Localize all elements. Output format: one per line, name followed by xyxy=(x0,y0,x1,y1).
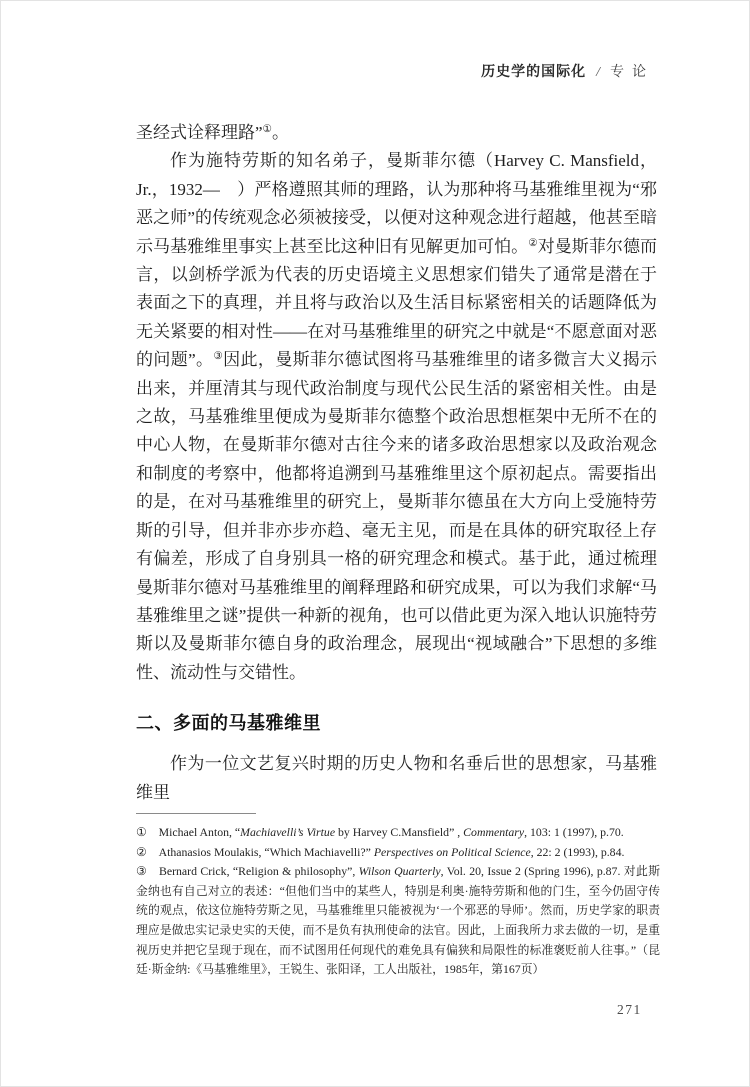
footnote-block: ①Michael Anton, “Machiavelli’s Virtue by… xyxy=(136,813,660,980)
text-run: 因此，曼斯菲尔德试图将马基雅维里的诸多微言大义揭示出来，并厘清其与现代政治制度与… xyxy=(136,350,657,681)
body-paragraph: 圣经式诠释理路”①。 xyxy=(136,119,657,147)
footnote-marker: ③ xyxy=(136,864,147,878)
footnote-item: ③Bernard Crick, “Religion & philosophy”,… xyxy=(136,862,660,980)
article-body: 圣经式诠释理路”①。作为施特劳斯的知名弟子，曼斯菲尔德（Harvey C. Ma… xyxy=(136,119,657,807)
running-header: 历史学的国际化/专论 xyxy=(481,61,654,81)
text-run: Michael Anton, “ xyxy=(159,825,241,839)
body-paragraph: 作为一位文艺复兴时期的历史人物和名垂后世的思想家，马基雅维里 xyxy=(136,750,657,807)
text-run: , 22: 2 (1993), p.84. xyxy=(531,845,625,859)
footnote-reference-marker: ③ xyxy=(213,351,223,362)
text-run: 。 xyxy=(272,123,289,142)
section-heading: 二、多面的马基雅维里 xyxy=(136,709,657,737)
text-run: Wilson Quarterly xyxy=(359,864,441,878)
body-paragraph-list: 圣经式诠释理路”①。作为施特劳斯的知名弟子，曼斯菲尔德（Harvey C. Ma… xyxy=(136,119,657,687)
footnote-item: ②Athanasios Moulakis, “Which Machiavelli… xyxy=(136,843,660,863)
text-run: , Vol. 20, Issue 2 (Spring 1996), p.87. … xyxy=(136,864,660,976)
header-separator-slash: / xyxy=(596,65,600,80)
text-run: 圣经式诠释理路” xyxy=(136,123,263,142)
footnote-item: ①Michael Anton, “Machiavelli’s Virtue by… xyxy=(136,823,660,843)
text-run: Perspectives on Political Science xyxy=(374,845,531,859)
footnote-text: ③Bernard Crick, “Religion & philosophy”,… xyxy=(136,862,660,980)
page-number: 271 xyxy=(617,1002,642,1018)
header-section-title: 历史学的国际化 xyxy=(481,65,586,80)
text-run: Bernard Crick, “Religion & philosophy”, xyxy=(159,864,359,878)
footnote-marker: ② xyxy=(136,845,147,859)
body-paragraph: 作为施特劳斯的知名弟子，曼斯菲尔德（Harvey C. Mansfield，Jr… xyxy=(136,147,657,687)
text-run: Athanasios Moulakis, “Which Machiavelli?… xyxy=(159,845,374,859)
footnote-list: ①Michael Anton, “Machiavelli’s Virtue by… xyxy=(136,823,660,980)
text-run: , 103: 1 (1997), p.70. xyxy=(524,825,624,839)
document-page: 历史学的国际化/专论 圣经式诠释理路”①。作为施特劳斯的知名弟子，曼斯菲尔德（H… xyxy=(0,0,750,1087)
header-column-title: 专论 xyxy=(610,65,654,80)
text-run: Machiavelli’s Virtue xyxy=(240,825,335,839)
text-run: Commentary xyxy=(463,825,524,839)
footnote-reference-marker: ② xyxy=(528,238,537,249)
footnote-text: ①Michael Anton, “Machiavelli’s Virtue by… xyxy=(136,823,660,843)
footnote-text: ②Athanasios Moulakis, “Which Machiavelli… xyxy=(136,843,660,863)
footnote-reference-marker: ① xyxy=(263,124,272,135)
footnote-separator-rule xyxy=(136,813,256,814)
text-run: by Harvey C.Mansfield” , xyxy=(335,825,463,839)
footnote-marker: ① xyxy=(136,825,147,839)
